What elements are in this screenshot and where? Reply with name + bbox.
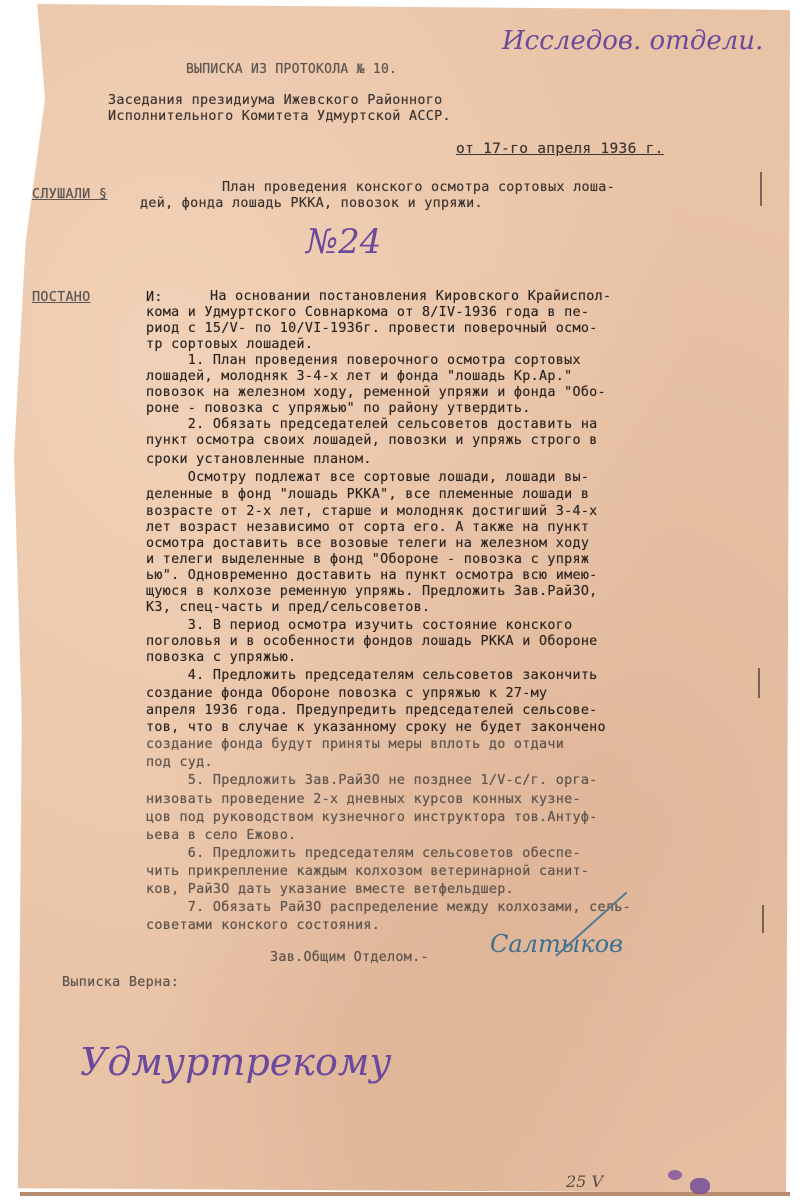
resolved-line: поголовья и в особенности фондов лошадь …	[146, 634, 598, 649]
resolved-line: цов под руководством кузнечного инструкт…	[146, 810, 598, 825]
signature-label: Зав.Общим Отделом.-	[270, 950, 429, 965]
resolved-line: лошадей, молодняк 3-4-х лет и фонда "лош…	[146, 369, 572, 384]
resolved-line: риод с 15/V- по 10/VI-1936г. провести по…	[146, 321, 598, 336]
resolved-line: ков, РайЗО дать указание вместе ветфельд…	[146, 882, 514, 897]
resolved-label: ПОСТАНО	[32, 290, 91, 305]
resolved-line: 6. Предложить председателям сельсоветов …	[146, 846, 581, 861]
resolved-line: лет возраст независимо от сорта его. А т…	[146, 520, 589, 535]
resolved-line: 2. Обязать председателей сельсоветов дос…	[146, 417, 598, 432]
resolved-line: создание фонда будут приняты меры вплоть…	[146, 737, 564, 752]
resolved-line: апреля 1936 года. Предупредить председат…	[146, 703, 598, 718]
resolved-line: повозок на железном ходу, ременной упряж…	[146, 385, 606, 400]
margin-mark	[760, 172, 762, 206]
resolved-line: 4. Предложить председателям сельсоветов …	[146, 668, 598, 683]
resolved-line: КЗ, спец-часть и пред/сельсоветов.	[146, 600, 430, 615]
resolved-line: низовать проведение 2-х дневных курсов к…	[146, 792, 581, 807]
resolved-line: 7. Обязать РайЗО распределение между кол…	[146, 900, 631, 915]
handwritten-number: №24	[306, 222, 381, 262]
bottom-pencil-note: 25 V	[566, 1172, 603, 1191]
heard-line-2: дей, фонда лошадь РККА, повозок и упряжи…	[140, 196, 483, 211]
heard-label: СЛУШАЛИ §	[32, 187, 107, 202]
resolved-line: 1. План проведения поверочного осмотра с…	[146, 353, 581, 368]
resolved-line: советами конского состояния.	[146, 918, 380, 933]
document-title: ВЫПИСКА ИЗ ПРОТОКОЛА № 10.	[186, 62, 397, 77]
handwritten-addressee: Удмуртрекому	[80, 1040, 391, 1084]
margin-mark	[758, 668, 760, 698]
resolved-line: кома и Удмуртского Совнаркома от 8/IV-19…	[146, 305, 589, 320]
document-subtitle-line2: Исполнительного Комитета Удмуртской АССР…	[108, 109, 451, 124]
resolved-line: пункт осмотра своих лошадей, повозки и у…	[146, 433, 598, 448]
handwritten-top-annotation: Исследов. отдели.	[502, 26, 763, 56]
resolved-line: чить прикрепление каждым колхозом ветери…	[146, 864, 589, 879]
paper-bottom-edge	[20, 1192, 790, 1196]
resolved-line: ьева в село Ежово.	[146, 828, 297, 843]
resolved-line: под суд.	[146, 755, 213, 770]
extract-true-label: Выписка Верна:	[62, 975, 179, 990]
resolved-line: создание фонда Обороне повозка с упряжью…	[146, 686, 547, 701]
resolved-line: повозка с упряжью.	[146, 650, 297, 665]
resolved-line: ью". Одновременно доставить на пункт осм…	[146, 568, 598, 583]
resolved-line: сроки установленные планом.	[146, 452, 372, 467]
margin-mark	[762, 905, 764, 933]
resolved-line: щуюся в колхозе ременную упряжь. Предлож…	[146, 584, 598, 599]
resolved-line: осмотра доставить все возовые телеги на …	[146, 536, 589, 551]
resolved-line: 3. В период осмотра изучить состояние ко…	[146, 618, 572, 633]
resolved-line: тов, что в случае к указанному сроку не …	[146, 720, 606, 735]
ink-blot	[690, 1178, 710, 1194]
resolved-line: тр сортовых лошадей.	[146, 337, 313, 352]
resolved-line: и телеги выделенные в фонд "Обороне - по…	[146, 552, 589, 567]
resolved-line: возрасте от 2-х лет, старше и молодняк д…	[146, 504, 598, 519]
resolved-line: роне - повозка с упряжью" по району утве…	[146, 401, 531, 416]
resolved-line: деленные в фонд "лошадь РККА", все племе…	[146, 487, 589, 502]
resolved-line: 5. Предложить Зав.РайЗО не позднее 1/V-с…	[146, 773, 598, 788]
resolved-line: На основании постановления Кировского Кр…	[210, 289, 611, 304]
ink-blot	[668, 1170, 682, 1180]
heard-line-1: План проведения конского осмотра сортовы…	[222, 180, 615, 195]
resolved-line: Осмотру подлежат все сортовые лошади, ло…	[146, 470, 589, 485]
resolved-label-suffix: И:	[146, 290, 163, 305]
document-date: от 17-го апреля 1936 г.	[456, 141, 664, 157]
document-subtitle-line1: Заседания президиума Ижевского Районного	[108, 93, 442, 108]
